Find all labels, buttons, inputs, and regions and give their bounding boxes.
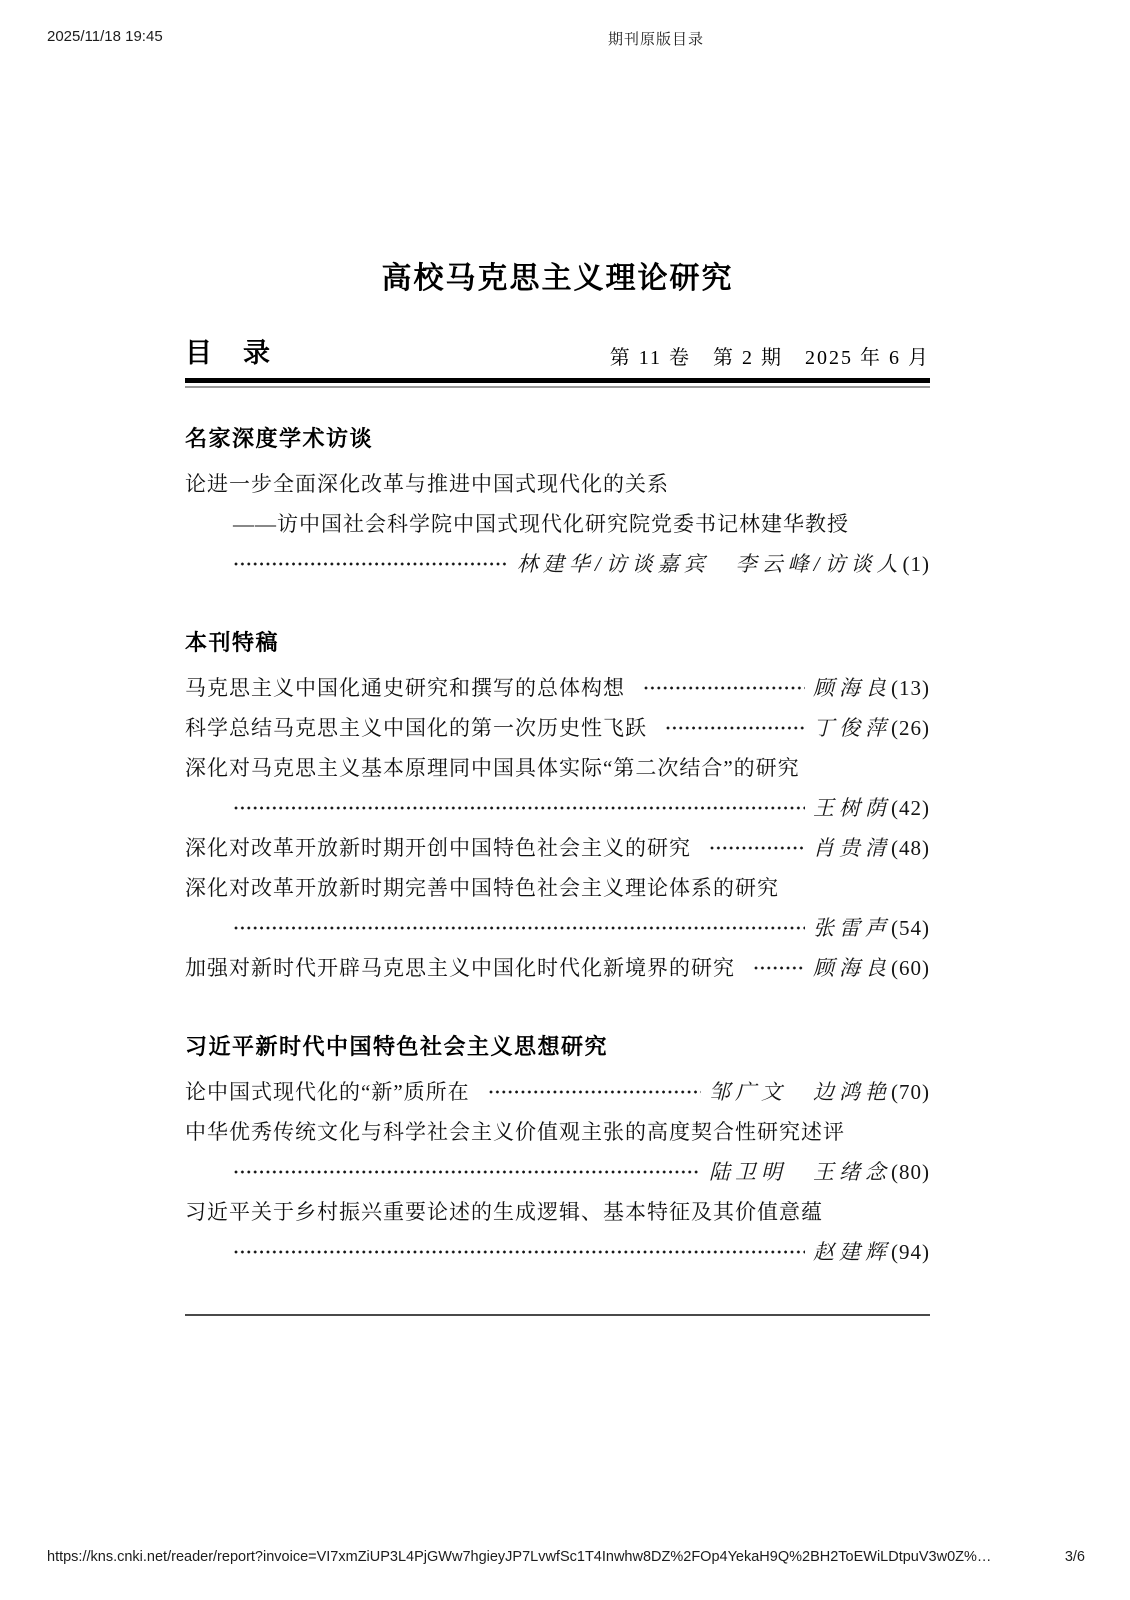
toc-entry: 加强对新时代开辟马克思主义中国化时代化新境界的研究 顾海良 (60) xyxy=(185,948,930,988)
article-page: (13) xyxy=(891,668,930,708)
article-page: (42) xyxy=(891,788,930,828)
article-page: (48) xyxy=(891,828,930,868)
dot-leader xyxy=(643,685,805,691)
dot-leader xyxy=(233,805,805,811)
article-authors: 林建华/访谈嘉宾 李云峰/访谈人 xyxy=(517,544,903,584)
section-articles: 论中国式现代化的“新”质所在 邹广文 边鸿艳 (70) 中华优秀传统文化与科学社… xyxy=(185,1072,930,1272)
section-articles: 马克思主义中国化通史研究和撰写的总体构想 顾海良 (13) 科学总结马克思主义中… xyxy=(185,668,930,988)
toc-head-row: 目 录 第 11 卷 第 2 期 2025 年 6 月 xyxy=(185,331,930,370)
journal-title: 高校马克思主义理论研究 xyxy=(185,253,930,297)
article-authors: 顾海良 xyxy=(813,668,891,708)
article-page: (70) xyxy=(891,1072,930,1112)
article-title: 马克思主义中国化通史研究和撰写的总体构想 xyxy=(185,668,625,708)
article-title: 中华优秀传统文化与科学社会主义价值观主张的高度契合性研究述评 xyxy=(185,1112,930,1152)
print-timestamp: 2025/11/18 19:45 xyxy=(47,28,163,45)
article-authors: 丁俊萍 xyxy=(813,708,891,748)
journal-toc-page: 2025/11/18 19:45 期刊原版目录 高校马克思主义理论研究 目 录 … xyxy=(0,0,1130,1600)
toc-section: 习近平新时代中国特色社会主义思想研究 论中国式现代化的“新”质所在 邹广文 边鸿… xyxy=(185,1032,930,1272)
entry-leader-row: 赵建辉 (94) xyxy=(185,1232,930,1272)
entry-leader-row: 林建华/访谈嘉宾 李云峰/访谈人 (1) xyxy=(185,544,930,584)
toc-entry: 科学总结马克思主义中国化的第一次历史性飞跃 丁俊萍 (26) xyxy=(185,708,930,748)
dot-leader xyxy=(233,925,805,931)
article-page: (80) xyxy=(891,1152,930,1192)
article-title: 深化对改革开放新时期开创中国特色社会主义的研究 xyxy=(185,828,691,868)
article-title: 科学总结马克思主义中国化的第一次历史性飞跃 xyxy=(185,708,647,748)
article-authors: 邹广文 边鸿艳 xyxy=(709,1072,891,1112)
toc-entry: 论中国式现代化的“新”质所在 邹广文 边鸿艳 (70) xyxy=(185,1072,930,1112)
toc-entry: 深化对改革开放新时期完善中国特色社会主义理论体系的研究 张雷声 (54) xyxy=(185,868,930,948)
issue-info: 第 11 卷 第 2 期 2025 年 6 月 xyxy=(610,341,930,370)
toc-entry: 习近平关于乡村振兴重要论述的生成逻辑、基本特征及其价值意蕴 赵建辉 (94) xyxy=(185,1192,930,1272)
article-page: (1) xyxy=(903,544,931,584)
section-heading: 本刊特稿 xyxy=(185,628,930,658)
entry-leader-row: 王树荫 (42) xyxy=(185,788,930,828)
article-page: (54) xyxy=(891,908,930,948)
dot-leader xyxy=(233,1249,805,1255)
toc-entry: 中华优秀传统文化与科学社会主义价值观主张的高度契合性研究述评 陆卫明 王绪念 (… xyxy=(185,1112,930,1192)
article-title: 论中国式现代化的“新”质所在 xyxy=(185,1072,470,1112)
double-rule-thin xyxy=(185,386,930,388)
section-heading: 名家深度学术访谈 xyxy=(185,424,930,454)
entry-leader-row: 张雷声 (54) xyxy=(185,908,930,948)
toc-entry: 深化对马克思主义基本原理同中国具体实际“第二次结合”的研究 王树荫 (42) xyxy=(185,748,930,828)
entry-leader-row: 陆卫明 王绪念 (80) xyxy=(185,1152,930,1192)
article-authors: 张雷声 xyxy=(813,908,891,948)
toc-entry: 论进一步全面深化改革与推进中国式现代化的关系 ——访中国社会科学院中国式现代化研… xyxy=(185,464,930,584)
footer-page-number: 3/6 xyxy=(1065,1549,1085,1565)
article-authors: 陆卫明 王绪念 xyxy=(709,1152,891,1192)
article-title: 深化对改革开放新时期完善中国特色社会主义理论体系的研究 xyxy=(185,868,930,908)
article-title: 深化对马克思主义基本原理同中国具体实际“第二次结合”的研究 xyxy=(185,748,930,788)
toc-entry: 马克思主义中国化通史研究和撰写的总体构想 顾海良 (13) xyxy=(185,668,930,708)
dot-leader xyxy=(709,845,805,851)
article-authors: 赵建辉 xyxy=(813,1232,891,1272)
section-heading: 习近平新时代中国特色社会主义思想研究 xyxy=(185,1032,930,1062)
article-authors: 王树荫 xyxy=(813,788,891,828)
article-authors: 肖贵清 xyxy=(813,828,891,868)
article-title: 习近平关于乡村振兴重要论述的生成逻辑、基本特征及其价值意蕴 xyxy=(185,1192,930,1232)
dot-leader xyxy=(753,965,805,971)
dot-leader xyxy=(233,1169,701,1175)
print-footer: https://kns.cnki.net/reader/report?invoi… xyxy=(47,1549,1085,1565)
article-page: (60) xyxy=(891,948,930,988)
dot-leader xyxy=(665,725,805,731)
article-authors: 顾海良 xyxy=(813,948,891,988)
toc-section: 名家深度学术访谈 论进一步全面深化改革与推进中国式现代化的关系 ——访中国社会科… xyxy=(185,424,930,584)
section-articles: 论进一步全面深化改革与推进中国式现代化的关系 ——访中国社会科学院中国式现代化研… xyxy=(185,464,930,584)
dot-leader xyxy=(233,561,509,567)
toc-label: 目 录 xyxy=(185,331,272,370)
end-rule xyxy=(185,1314,930,1316)
toc-content: 高校马克思主义理论研究 目 录 第 11 卷 第 2 期 2025 年 6 月 … xyxy=(185,0,930,1316)
article-page: (26) xyxy=(891,708,930,748)
article-subtitle: ——访中国社会科学院中国式现代化研究院党委书记林建华教授 xyxy=(185,504,930,544)
dot-leader xyxy=(488,1089,701,1095)
footer-url: https://kns.cnki.net/reader/report?invoi… xyxy=(47,1549,991,1565)
toc-sections: 名家深度学术访谈 论进一步全面深化改革与推进中国式现代化的关系 ——访中国社会科… xyxy=(185,424,930,1272)
toc-entry: 深化对改革开放新时期开创中国特色社会主义的研究 肖贵清 (48) xyxy=(185,828,930,868)
article-title: 加强对新时代开辟马克思主义中国化时代化新境界的研究 xyxy=(185,948,735,988)
toc-section: 本刊特稿 马克思主义中国化通史研究和撰写的总体构想 顾海良 (13) 科学总结马… xyxy=(185,628,930,988)
article-page: (94) xyxy=(891,1232,930,1272)
article-title: 论进一步全面深化改革与推进中国式现代化的关系 xyxy=(185,464,930,504)
double-rule-thick xyxy=(185,378,930,383)
